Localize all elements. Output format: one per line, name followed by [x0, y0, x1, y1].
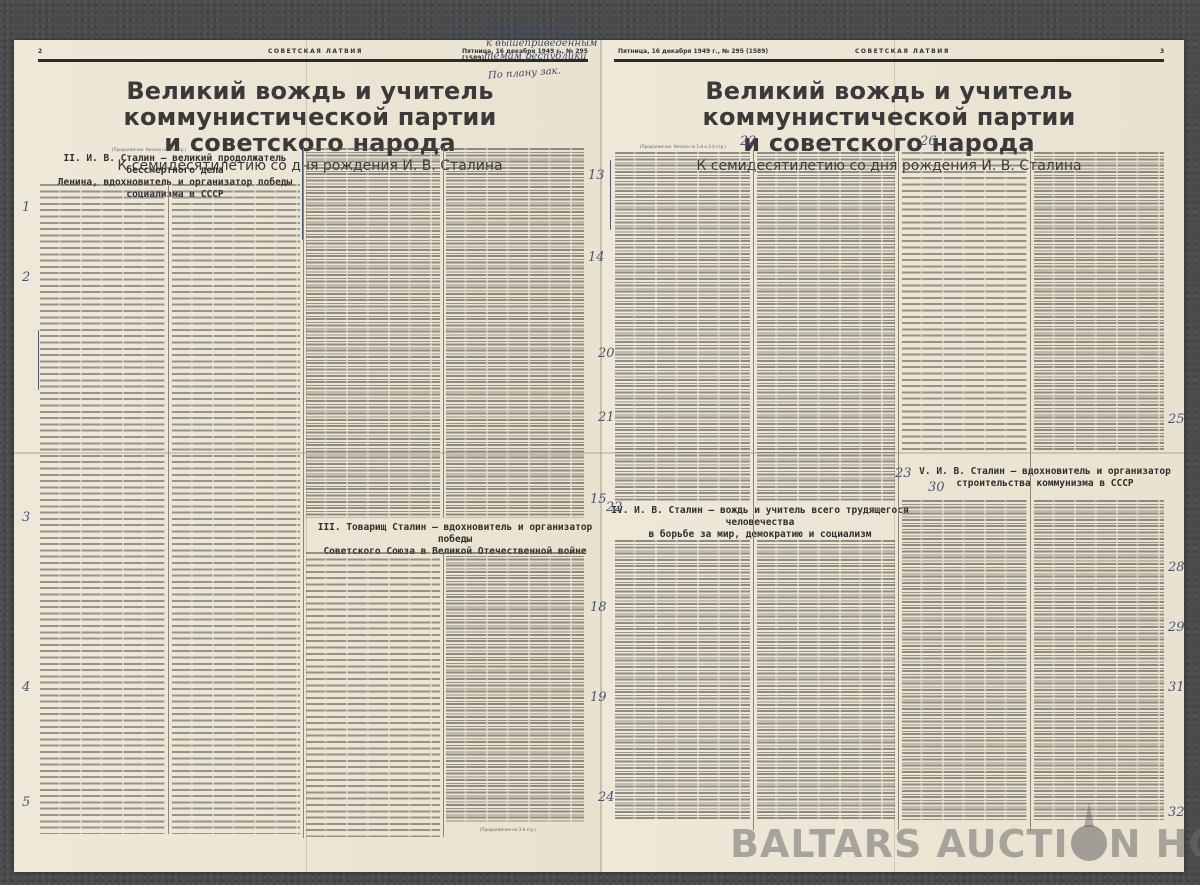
margin-number: 24: [598, 790, 615, 805]
masthead-right: Пятница, 16 декабря 1949 г., № 295 (1589…: [0, 48, 1200, 58]
margin-number: 21: [598, 410, 615, 425]
margin-number: 29: [1168, 620, 1185, 635]
column-divider: [1030, 150, 1031, 830]
margin-number: 19: [590, 690, 607, 705]
margin-number: 30: [928, 480, 945, 495]
margin-number: 20: [598, 346, 615, 361]
margin-number: 25: [1168, 412, 1185, 427]
headline-line1: Великий вождь и учитель коммунистической…: [30, 78, 590, 130]
handwritten-note: Возвратить к вышеприведённым темам респу…: [490, 24, 597, 63]
handwritten-mark: (11): [438, 26, 467, 42]
text-column: [615, 152, 750, 502]
column-divider: [443, 148, 444, 518]
continuation-note: (Продолжение на 3-й стр.): [480, 827, 536, 832]
handwritten-bracket: [610, 160, 611, 230]
newspaper-name: СОВЕТСКАЯ ЛАТВИЯ: [855, 48, 950, 55]
handwritten-bracket: [38, 330, 39, 390]
text-column: [757, 152, 895, 502]
watermark-text: BALTARS AUCTI: [730, 822, 1069, 866]
margin-number: 28: [1168, 560, 1185, 575]
margin-number: 14: [588, 250, 605, 265]
text-column: [172, 184, 300, 834]
text-column: [902, 500, 1027, 820]
text-column: [902, 152, 1027, 452]
column-divider: [303, 148, 304, 838]
continuation-note: (Продолжение. Начало на 1-й и 2-й стр.): [640, 144, 726, 149]
date-line: Пятница, 16 декабря 1949 г., № 295 (1589…: [618, 48, 768, 55]
section-title-v: V. И. В. Сталин — вдохновитель и организ…: [910, 466, 1180, 490]
continuation-note: (Продолжение. Начало на 1-й стр.): [112, 147, 186, 152]
column-divider: [443, 552, 444, 837]
masthead-rule: [614, 59, 1164, 62]
watermark-text: N HOUSE: [1109, 822, 1200, 866]
auction-watermark: BALTARS AUCTIN HOUSE: [730, 822, 1200, 866]
margin-number: 26: [920, 134, 937, 149]
margin-number: 31: [1168, 680, 1185, 695]
margin-number: 5: [22, 795, 30, 810]
margin-number: 2: [22, 270, 30, 285]
margin-number: 15: [590, 492, 607, 507]
margin-number: 4: [22, 680, 30, 695]
page-number: 3: [1160, 48, 1164, 55]
column-divider: [898, 150, 899, 830]
handwritten-bracket: [302, 150, 303, 240]
text-column: [1034, 500, 1164, 820]
text-column: [306, 552, 440, 837]
text-column: [757, 540, 895, 820]
watermark-logo-icon: [1071, 825, 1107, 861]
center-fold: [600, 40, 602, 872]
text-column: [446, 552, 584, 822]
headline-line1: Великий вождь и учитель коммунистической…: [608, 78, 1170, 130]
text-column: [615, 540, 750, 820]
section-title-iv: IV. И. В. Сталин — вождь и учитель всего…: [610, 505, 910, 541]
text-column: [1034, 152, 1164, 452]
column-divider: [753, 150, 754, 830]
margin-number: 18: [590, 600, 607, 615]
margin-number: 22: [740, 134, 757, 149]
margin-number: 22: [606, 500, 623, 515]
margin-number: 32: [1168, 805, 1185, 820]
text-column: [40, 184, 165, 834]
text-column: [306, 148, 440, 518]
column-divider: [168, 184, 169, 834]
text-column: [446, 148, 584, 518]
margin-number: 13: [588, 168, 605, 183]
margin-number: 1: [22, 200, 30, 215]
margin-number: 23: [895, 466, 912, 481]
margin-number: 3: [22, 510, 30, 525]
